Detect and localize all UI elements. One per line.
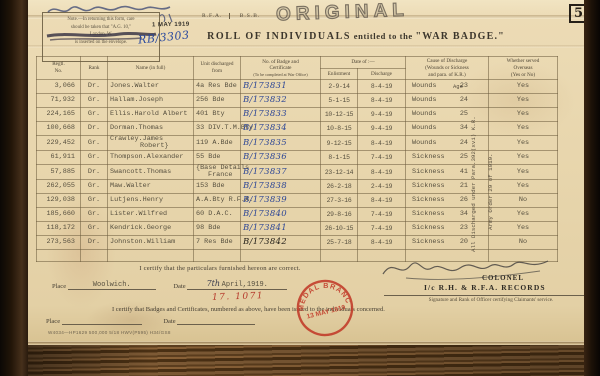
discharge-date-cell: 9-4-19 xyxy=(358,122,406,136)
header-line: (Yes or No) xyxy=(489,72,557,79)
rank-cell: Gr. xyxy=(81,108,108,122)
place2-label: Place xyxy=(46,318,60,325)
regtl-no-cell: 3,066 xyxy=(37,80,81,94)
header-line: from xyxy=(194,68,240,75)
red-handwritten-note: 17. 1071 xyxy=(212,291,264,303)
table-row: 57,885 Dr. Swancott.Thomas {Base Details… xyxy=(37,165,558,180)
name-cell: Ellis.Harold Albert xyxy=(108,108,194,122)
cause-text: Wounds xyxy=(408,82,436,90)
header-unit: Unit discharged from xyxy=(194,57,241,80)
badge-number-cell: B/173836 xyxy=(241,151,321,165)
name-line1: Johnston.William xyxy=(110,238,175,246)
name-line1: Hallam.Joseph xyxy=(110,96,163,104)
regtl-no-cell: 57,885 xyxy=(37,165,81,180)
overseas-cell: No xyxy=(489,194,558,208)
header-line: No. xyxy=(37,68,80,75)
overseas-cell: Yes xyxy=(489,122,558,136)
age-column-label: Age xyxy=(453,83,463,90)
place-value: Woolwich. xyxy=(68,281,156,290)
place-date-line-1: Place Woolwich. Date 7th April,1919. xyxy=(52,279,287,290)
badge-number-cell: B/173838 xyxy=(241,180,321,194)
cause-text: Wounds xyxy=(408,110,436,118)
table-row: 129,038 Gr. Lutjens.Henry A.A.Bty R.F.A.… xyxy=(37,194,558,208)
table-row: 71,932 Gr. Hallam.Joseph 256 Bde B/17383… xyxy=(37,94,558,108)
name-line2: Robert} xyxy=(110,143,191,150)
roll-table-header: Regtl. No. Rank Name (in full) Unit disc… xyxy=(37,57,558,80)
name-line1: Kendrick.George xyxy=(110,224,171,232)
overseas-cell: Yes xyxy=(489,80,558,94)
cause-text: Sickness xyxy=(408,210,445,218)
date-day-handwritten: 7th xyxy=(207,279,220,288)
rank-cell: Gr. xyxy=(81,180,108,194)
enlistment-date-cell: 25-7-18 xyxy=(321,236,358,250)
enlistment-date-cell: 26-10-15 xyxy=(321,222,358,236)
table-row: 262,055 Gr. Maw.Walter 153 Bde B/173838 … xyxy=(37,180,558,194)
regtl-no-cell: 118,172 xyxy=(37,222,81,236)
date-label: Date xyxy=(173,283,185,290)
original-stamp: ORIGINAL xyxy=(276,0,410,26)
header-line: Cause of Discharge xyxy=(406,58,488,65)
header-discharge: Discharge xyxy=(358,68,406,80)
name-cell: Kendrick.George xyxy=(108,222,194,236)
enlistment-date-cell: 2-9-14 xyxy=(321,80,358,94)
wooden-table-surface xyxy=(0,345,600,376)
overseas-cell: Yes xyxy=(489,94,558,108)
badge-number-cell: B/173831 xyxy=(241,80,321,94)
date2-label: Date xyxy=(163,318,175,325)
header-cause: Cause of Discharge (Wounds or Sickness a… xyxy=(406,57,489,80)
vertical-annotation-discharge-para: All Discharged under Para.392(xvi) K.R. xyxy=(470,116,477,252)
badge-number-cell: B/173842 xyxy=(241,236,321,250)
unit-cell: {Base DetailsFrance xyxy=(194,165,241,180)
rank-cell: Gr. xyxy=(81,208,108,222)
cause-text: Wounds xyxy=(408,124,436,132)
signature-rule xyxy=(384,295,598,296)
unit-line1: 401 Bty xyxy=(196,110,225,118)
table-row: 273,563 Dr. Johnston.William 7 Res Bde B… xyxy=(37,236,558,250)
age-value: 21 xyxy=(460,183,468,190)
cause-text: Sickness xyxy=(408,224,445,232)
discharge-date-cell: 8-4-19 xyxy=(358,194,406,208)
badge-number-cell: B/173835 xyxy=(241,136,321,151)
name-cell: Lister.Wilfred xyxy=(108,208,194,222)
name-cell: Thompson.Alexander xyxy=(108,151,194,165)
table-row: 118,172 Gr. Kendrick.George 98 Bde B/173… xyxy=(37,222,558,236)
officer-signature xyxy=(378,252,558,282)
form-reference: R.F.A. B.S.B. xyxy=(202,13,260,19)
age-value: 34 xyxy=(460,125,468,132)
unit-line1: 119 A.Bde xyxy=(196,139,233,147)
overseas-cell: Yes xyxy=(489,151,558,165)
header-enlistment: Enlistment xyxy=(321,68,358,80)
age-value: 24 xyxy=(460,140,468,147)
enlistment-date-cell: 29-8-16 xyxy=(321,208,358,222)
name-cell: Crawley.JamesRobert} xyxy=(108,136,194,151)
badge-number-cell: B/173834 xyxy=(241,122,321,136)
unit-line2: France xyxy=(196,172,238,179)
records-office-stamp: I/c R.H. & R.F.A. RECORDS xyxy=(424,283,546,292)
rank-cell: Dr. xyxy=(81,236,108,250)
unit-cell: A.A.Bty R.F.A. xyxy=(194,194,241,208)
header-line: Certificate xyxy=(241,65,320,72)
certification-particulars: I certify that the particulars furnished… xyxy=(114,265,326,272)
name-line1: Jones.Walter xyxy=(110,82,159,90)
cause-text: Sickness xyxy=(408,238,445,246)
overseas-cell: Yes xyxy=(489,108,558,122)
rank-cell: Dr. xyxy=(81,165,108,180)
name-line1: Maw.Walter xyxy=(110,182,151,190)
vertical-annotation-army-order: Army Order 29 of 1919. xyxy=(487,153,494,230)
cause-text: Sickness xyxy=(408,196,445,204)
cause-text: Wounds xyxy=(408,96,436,104)
rank-cell: Gr. xyxy=(81,194,108,208)
enlistment-date-cell: 10-12-15 xyxy=(321,108,358,122)
unit-cell: 401 Bty xyxy=(194,108,241,122)
regtl-no-cell: 129,038 xyxy=(37,194,81,208)
unit-line1: 98 Bde xyxy=(196,224,220,232)
unit-line1: 55 Bde xyxy=(196,153,220,161)
enlistment-date-cell: 5-1-15 xyxy=(321,94,358,108)
roll-table-body: 3,066 Dr. Jones.Walter 4a Res Bde B/1738… xyxy=(37,80,558,250)
cause-text: Sickness xyxy=(408,182,445,190)
name-line1: Swancott.Thomas xyxy=(110,168,171,176)
table-row: 61,911 Gr. Thompson.Alexander 55 Bde B/1… xyxy=(37,151,558,165)
header-rank: Rank xyxy=(81,57,108,80)
table-row: 224,165 Gr. Ellis.Harold Albert 401 Bty … xyxy=(37,108,558,122)
roll-table: Regtl. No. Rank Name (in full) Unit disc… xyxy=(36,56,558,262)
cause-text: Sickness xyxy=(408,168,445,176)
rank-cell: Dr. xyxy=(81,122,108,136)
unit-cell: 7 Res Bde xyxy=(194,236,241,250)
badge-number-cell: B/173833 xyxy=(241,108,321,122)
printer-imprint: W4034—HP1629 500,000 5/18 HWV(P595) H34/… xyxy=(48,330,171,335)
title-roll: ROLL OF INDIVIDUALS xyxy=(207,31,351,42)
unit-cell: 55 Bde xyxy=(194,151,241,165)
regtl-no-cell: 229,452 xyxy=(37,136,81,151)
discharge-date-cell: 8-4-19 xyxy=(358,94,406,108)
discharge-date-cell: 7-4-19 xyxy=(358,151,406,165)
form-ref-left: R.F.A. xyxy=(202,13,230,19)
regtl-no-cell: 185,660 xyxy=(37,208,81,222)
badge-number-cell: B/173837 xyxy=(241,165,321,180)
unit-cell: 4a Res Bde xyxy=(194,80,241,94)
discharge-date-cell: 8-4-19 xyxy=(358,236,406,250)
badge-number-cell: B/173839 xyxy=(241,194,321,208)
rank-cell: Dr. xyxy=(81,80,108,94)
rank-cell: Gr. xyxy=(81,222,108,236)
unit-cell: 98 Bde xyxy=(194,222,241,236)
overseas-cell: Yes xyxy=(489,165,558,180)
age-value: 24 xyxy=(460,97,468,104)
header-badge-no: No. of Badge and Certificate (To be comp… xyxy=(241,57,321,80)
name-cell: Johnston.William xyxy=(108,236,194,250)
rank-cell: Gr. xyxy=(81,151,108,165)
badge-number-cell: B/173832 xyxy=(241,94,321,108)
name-line1: Thompson.Alexander xyxy=(110,153,183,161)
discharge-date-cell: 8-4-19 xyxy=(358,165,406,180)
table-row: 100,668 Dr. Dorman.Thomas 33 DIV.T.M.Bty… xyxy=(37,122,558,136)
discharge-date-cell: 9-4-19 xyxy=(358,108,406,122)
rank-cell: Gr. xyxy=(81,94,108,108)
title-war-badge: "WAR BADGE." xyxy=(416,31,505,42)
overseas-cell: Yes xyxy=(489,222,558,236)
name-line1: Ellis.Harold Albert xyxy=(110,110,188,118)
overseas-cell: Yes xyxy=(489,180,558,194)
enlistment-date-cell: 10-8-15 xyxy=(321,122,358,136)
name-cell: Dorman.Thomas xyxy=(108,122,194,136)
date-rest-typed: April,1919. xyxy=(222,281,268,289)
age-value: 20 xyxy=(460,239,468,246)
discharge-date-cell: 7-4-19 xyxy=(358,222,406,236)
name-cell: Swancott.Thomas xyxy=(108,165,194,180)
rank-cell: Gr. xyxy=(81,136,108,151)
header-name: Name (in full) xyxy=(108,57,194,80)
overseas-cell: Yes xyxy=(489,208,558,222)
enlistment-date-cell: 9-12-15 xyxy=(321,136,358,151)
medal-branch-date-text: 13 MAY 1919 xyxy=(306,304,346,320)
place-label: Place xyxy=(52,283,66,290)
overseas-cell: No xyxy=(489,236,558,250)
header-overseas: Whether served Overseas (Yes or No) xyxy=(489,57,558,80)
table-row: 3,066 Dr. Jones.Walter 4a Res Bde B/1738… xyxy=(37,80,558,94)
form-ref-right: B.S.B. xyxy=(233,13,261,19)
regtl-no-cell: 100,668 xyxy=(37,122,81,136)
enlistment-date-cell: 23-12-14 xyxy=(321,165,358,180)
cause-cell: Wounds23 xyxy=(406,80,489,94)
header-badge-note: (To be completed at War Office) xyxy=(241,72,320,77)
place2-value-empty xyxy=(62,324,142,325)
title-entitled: entitled to the xyxy=(351,31,416,41)
regtl-no-cell: 262,055 xyxy=(37,180,81,194)
name-cell: Jones.Walter xyxy=(108,80,194,94)
table-row: 185,660 Gr. Lister.Wilfred 60 D.A.C. B/1… xyxy=(37,208,558,222)
unit-line1: 7 Res Bde xyxy=(196,238,233,246)
badge-number-cell: B/173841 xyxy=(241,222,321,236)
discharge-date-cell: 8-4-19 xyxy=(358,80,406,94)
name-cell: Maw.Walter xyxy=(108,180,194,194)
header-line: Overseas xyxy=(489,65,557,72)
header-regtl-no: Regtl. No. xyxy=(37,57,81,80)
name-cell: Hallam.Joseph xyxy=(108,94,194,108)
regtl-no-cell: 224,165 xyxy=(37,108,81,122)
unit-cell: 33 DIV.T.M.Bty xyxy=(194,122,241,136)
header-line: Regtl. xyxy=(37,61,80,68)
page-title: ROLL OF INDIVIDUALS entitled to the "WAR… xyxy=(176,26,536,44)
unit-line1: 153 Bde xyxy=(196,182,225,190)
regtl-no-cell: 273,563 xyxy=(37,236,81,250)
badge-number-cell: B/173840 xyxy=(241,208,321,222)
age-value: 23 xyxy=(460,225,468,232)
unit-cell: 60 D.A.C. xyxy=(194,208,241,222)
cause-cell: Wounds24 xyxy=(406,94,489,108)
age-value: 34 xyxy=(460,211,468,218)
scanned-ledger-photo: Note.—In returning this form, care shoul… xyxy=(0,0,600,376)
unit-line1: 4a Res Bde xyxy=(196,82,237,90)
age-value: 25 xyxy=(460,111,468,118)
medal-branch-stamp: MEDAL BRANCH 13 MAY 1919 xyxy=(287,270,362,345)
table-row: 229,452 Gr. Crawley.JamesRobert} 119 A.B… xyxy=(37,136,558,151)
date-value: 7th April,1919. xyxy=(187,279,287,290)
date2-value-empty xyxy=(177,324,255,325)
name-line1: Lister.Wilfred xyxy=(110,210,167,218)
discharge-date-cell: 7-4-19 xyxy=(358,208,406,222)
age-value: 26 xyxy=(460,197,468,204)
enlistment-date-cell: 8-1-15 xyxy=(321,151,358,165)
header-date-group: Date of :— xyxy=(321,57,406,69)
enlistment-date-cell: 27-3-16 xyxy=(321,194,358,208)
unit-line1: 256 Bde xyxy=(196,96,225,104)
cause-text: Wounds xyxy=(408,139,436,147)
name-cell: Lutjens.Henry xyxy=(108,194,194,208)
unit-cell: 119 A.Bde xyxy=(194,136,241,151)
name-line1: Dorman.Thomas xyxy=(110,124,163,132)
regtl-no-cell: 61,911 xyxy=(37,151,81,165)
book-binding-edge xyxy=(0,0,28,376)
discharge-date-cell: 8-4-19 xyxy=(358,136,406,151)
book-right-edge xyxy=(584,0,600,376)
age-value: 41 xyxy=(460,169,468,176)
overseas-cell: Yes xyxy=(489,136,558,151)
cause-text: Sickness xyxy=(408,153,445,161)
header-line: and para. of K.R.) xyxy=(406,72,488,79)
regtl-no-cell: 71,932 xyxy=(37,94,81,108)
header-line: Whether served xyxy=(489,58,557,65)
form-page: Note.—In returning this form, care shoul… xyxy=(26,0,586,347)
unit-cell: 153 Bde xyxy=(194,180,241,194)
enlistment-date-cell: 26-2-18 xyxy=(321,180,358,194)
discharge-date-cell: 2-4-19 xyxy=(358,180,406,194)
header-line: (Wounds or Sickness xyxy=(406,65,488,72)
unit-line1: 60 D.A.C. xyxy=(196,210,233,218)
age-value: 25 xyxy=(460,154,468,161)
place-date-line-2: Place Date xyxy=(46,318,255,325)
name-line1: Lutjens.Henry xyxy=(110,196,163,204)
signature-caption: Signature and Rank of Officer certifying… xyxy=(384,297,598,303)
unit-cell: 256 Bde xyxy=(194,94,241,108)
